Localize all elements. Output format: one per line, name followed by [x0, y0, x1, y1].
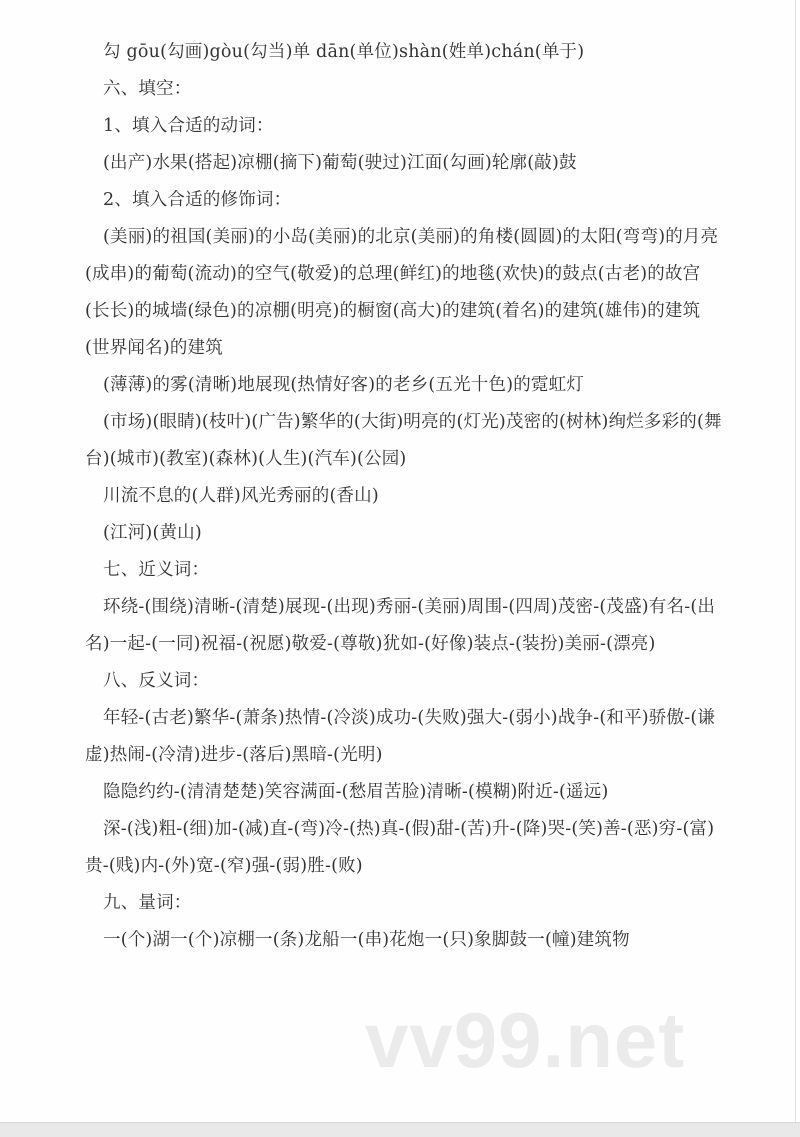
pinyin-line: 勾 gōu(勾画)gòu(勾当)单 dān(单位)shàn(姓单)chán(单于…: [85, 34, 725, 71]
verbs-answers: (出产)水果(搭起)凉棚(摘下)葡萄(驶过)江面(勾画)轮廓(敲)鼓: [85, 145, 725, 182]
antonyms-answers-1: 年轻-(古老)繁华-(萧条)热情-(冷淡)成功-(失败)强大-(弱小)战争-(和…: [85, 700, 725, 774]
measure-words-answers: 一(个)湖一(个)凉棚一(条)龙船一(串)花炮一(只)象脚鼓一(幢)建筑物: [85, 922, 725, 959]
modifiers-answers-1: (美丽)的祖国(美丽)的小岛(美丽)的北京(美丽)的角楼(圆圆)的太阳(弯弯)的…: [85, 219, 725, 367]
synonyms-answers: 环绕-(围绕)清晰-(清楚)展现-(出现)秀丽-(美丽)周围-(四周)茂密-(茂…: [85, 589, 725, 663]
modifiers-answers-3: (市场)(眼睛)(枝叶)(广告)繁华的(大街)明亮的(灯光)茂密的(树林)绚烂多…: [85, 404, 725, 478]
section-heading-antonyms: 八、反义词：: [85, 663, 725, 700]
subheading-modifiers: 2、填入合适的修饰词：: [85, 182, 725, 219]
watermark: vv99.net: [365, 995, 685, 1086]
document-content: 勾 gōu(勾画)gòu(勾当)单 dān(单位)shàn(姓单)chán(单于…: [85, 34, 725, 959]
modifiers-answers-4: 川流不息的(人群)风光秀丽的(香山): [85, 478, 725, 515]
modifiers-answers-5: (江河)(黄山): [85, 515, 725, 552]
antonyms-answers-3: 深-(浅)粗-(细)加-(减)直-(弯)冷-(热)真-(假)甜-(苦)升-(降)…: [85, 811, 725, 885]
section-heading-measure-words: 九、量词：: [85, 885, 725, 922]
page-bottom-edge: [0, 1122, 800, 1137]
section-heading-fill-in: 六、填空：: [85, 71, 725, 108]
subheading-verbs: 1、填入合适的动词：: [85, 108, 725, 145]
section-heading-synonyms: 七、近义词：: [85, 552, 725, 589]
modifiers-answers-2: (薄薄)的雾(清晰)地展现(热情好客)的老乡(五光十色)的霓虹灯: [85, 367, 725, 404]
antonyms-answers-2: 隐隐约约-(清清楚楚)笑容满面-(愁眉苦脸)清晰-(模糊)附近-(遥远): [85, 774, 725, 811]
document-page: 勾 gōu(勾画)gòu(勾当)单 dān(单位)shàn(姓单)chán(单于…: [0, 0, 796, 1122]
